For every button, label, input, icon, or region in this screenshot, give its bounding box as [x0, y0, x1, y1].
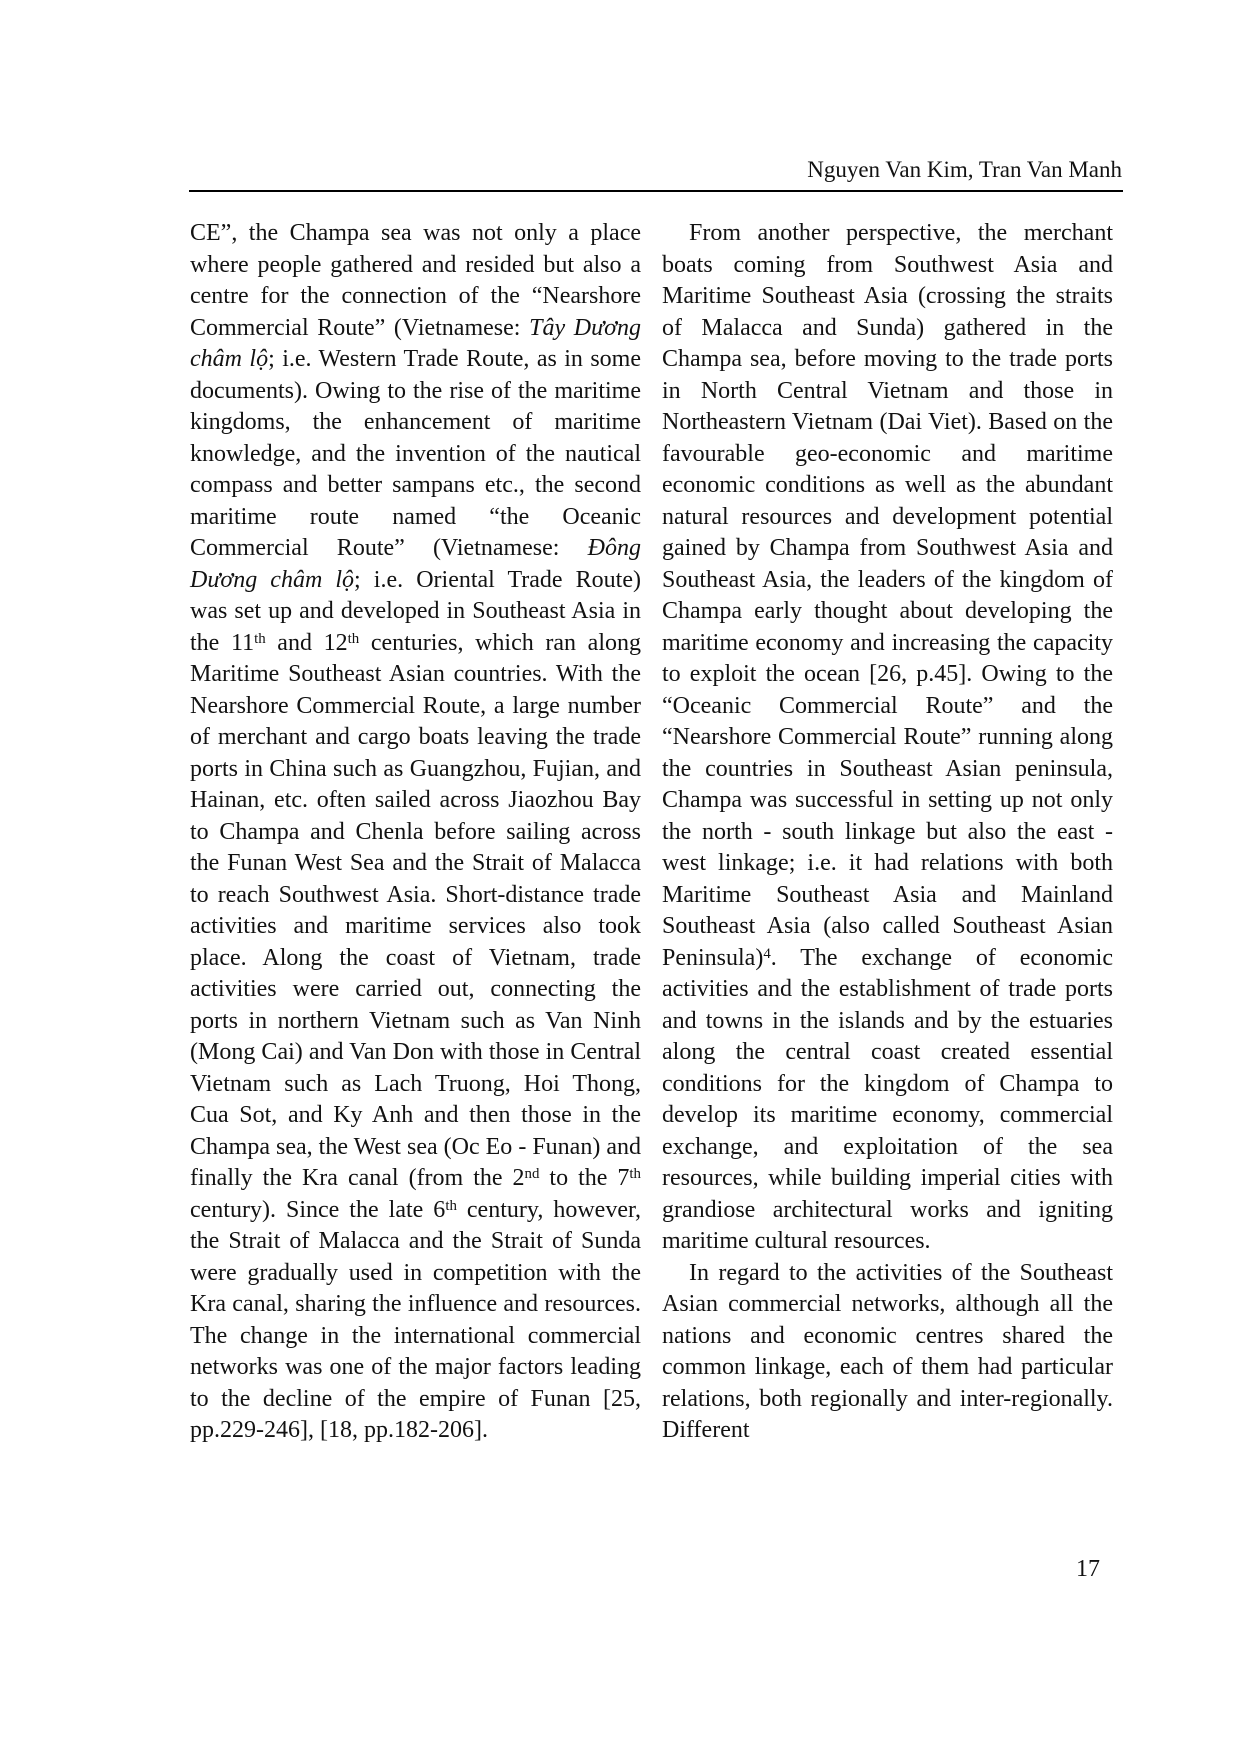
document-page: Nguyen Van Kim, Tran Van Manh CE”, the C… — [0, 0, 1240, 1753]
superscript: th — [629, 1166, 641, 1182]
paragraph: CE”, the Champa sea was not only a place… — [190, 218, 641, 1447]
left-column: CE”, the Champa sea was not only a place… — [190, 218, 641, 1447]
text-run: and 12 — [266, 630, 348, 656]
superscript: th — [254, 631, 266, 647]
text-run: ; i.e. Western Trade Route, as in some d… — [190, 346, 641, 561]
text-run: centuries, which ran along Maritime Sout… — [190, 630, 641, 1192]
text-run: to the 7 — [539, 1165, 629, 1191]
superscript: th — [445, 1198, 457, 1214]
text-run: century). Since the late 6 — [190, 1197, 445, 1223]
body-columns: CE”, the Champa sea was not only a place… — [190, 218, 1113, 1447]
superscript: 4 — [763, 946, 770, 962]
paragraph: From another perspective, the merchant b… — [662, 218, 1113, 1258]
header-rule — [189, 190, 1123, 192]
page-number: 17 — [190, 1554, 1100, 1585]
superscript: nd — [525, 1166, 540, 1182]
superscript: th — [348, 631, 360, 647]
right-column: From another perspective, the merchant b… — [662, 218, 1113, 1447]
text-run: From another perspective, the merchant b… — [662, 220, 1113, 971]
header-authors: Nguyen Van Kim, Tran Van Manh — [190, 157, 1122, 183]
text-run: . The exchange of economic activities an… — [662, 945, 1113, 1255]
text-run: In regard to the activities of the South… — [662, 1260, 1113, 1444]
paragraph: In regard to the activities of the South… — [662, 1258, 1113, 1447]
text-run: century, however, the Strait of Malacca … — [190, 1197, 641, 1444]
